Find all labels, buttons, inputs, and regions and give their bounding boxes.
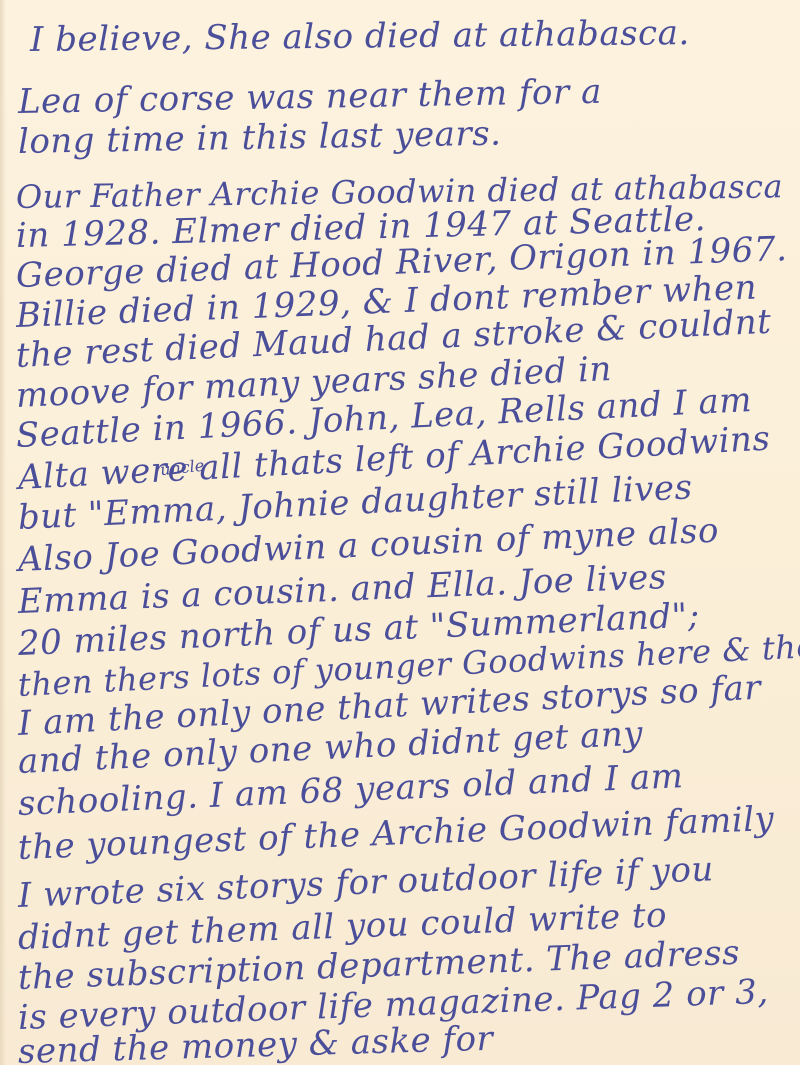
letter-line: Lea of corse was near them for a [18,72,602,122]
letter-line: long time in this last years. [18,114,502,162]
letter-line: I believe, She also died at athabasca. [30,13,690,60]
paper-edge [0,0,6,1065]
letter-page: I believe, She also died at athabasca. L… [0,0,800,1065]
